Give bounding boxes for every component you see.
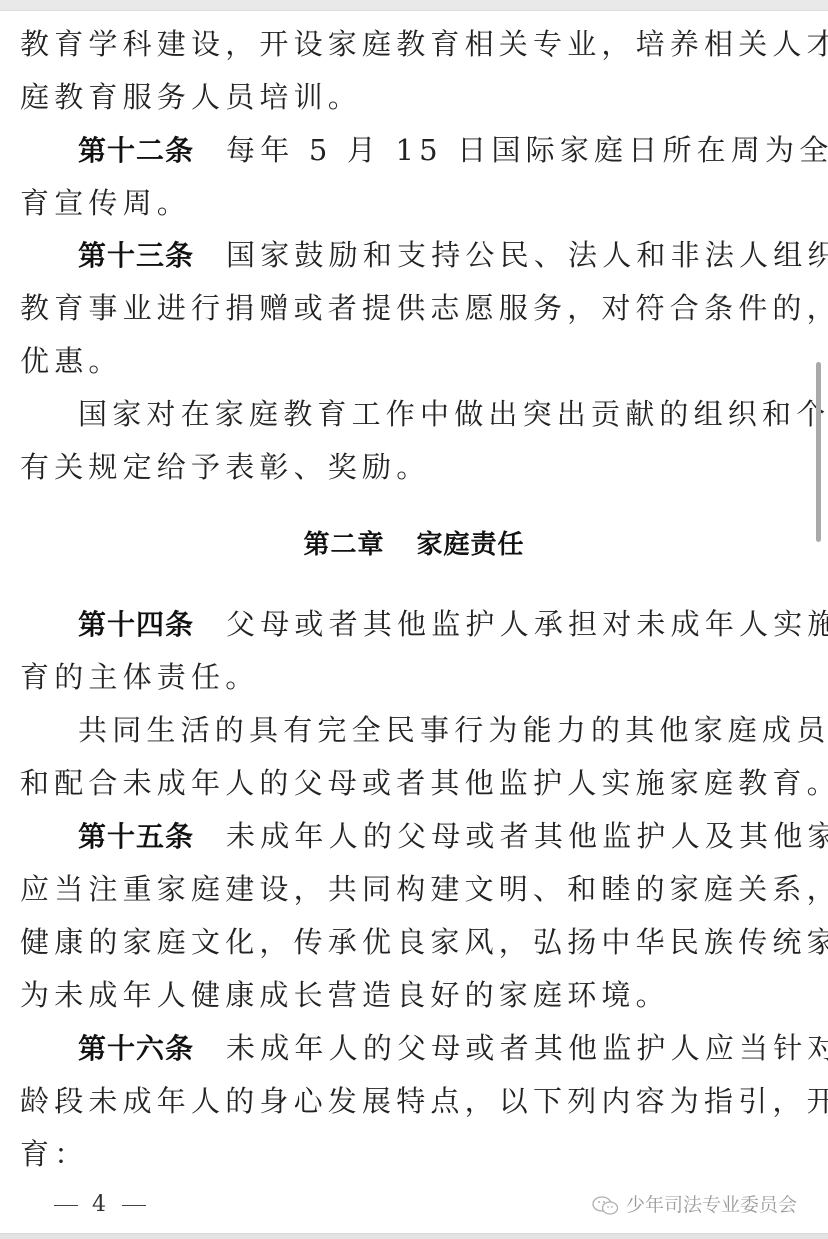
text-line: 教育学科建设，开设家庭教育相关专业，培养相关人才，开展家 [20, 24, 820, 64]
chapter-heading: 第二章家庭责任 [0, 525, 828, 565]
text-line: 育： [20, 1134, 820, 1174]
wechat-icon [592, 1194, 626, 1216]
article-text: 未成年人的父母或者其他监护人应当针对不同年 [226, 1031, 828, 1065]
page-number-value: 4 [92, 1192, 108, 1217]
text-line: 龄段未成年人的身心发展特点，以下列内容为指引，开展家庭教 [20, 1081, 820, 1121]
article-number: 第十五条 [78, 820, 194, 853]
article-line: 第十三条国家鼓励和支持公民、法人和非法人组织为家庭 [78, 235, 828, 275]
text-line: 庭教育服务人员培训。 [20, 77, 820, 117]
top-band [0, 0, 828, 11]
article-number: 第十六条 [78, 1032, 194, 1065]
text-line: 育的主体责任。 [20, 657, 820, 697]
article-text: 父母或者其他监护人承担对未成年人实施家庭教 [226, 607, 828, 641]
article-number: 第十三条 [78, 239, 194, 272]
page-number: 4 [40, 1190, 160, 1220]
text-line: 优惠。 [20, 341, 820, 381]
bottom-band [0, 1233, 828, 1239]
article-number: 第十四条 [78, 608, 194, 641]
article-text: 国家鼓励和支持公民、法人和非法人组织为家庭 [226, 238, 828, 272]
watermark-text: 少年司法专业委员会 [626, 1194, 797, 1216]
article-line: 第十四条父母或者其他监护人承担对未成年人实施家庭教 [78, 604, 828, 644]
article-text: 每年 5 月 15 日国际家庭日所在周为全国家庭教 [226, 133, 828, 167]
scrollbar[interactable] [816, 362, 821, 542]
dash-right [122, 1205, 146, 1206]
text-line: 为未成年人健康成长营造良好的家庭环境。 [20, 975, 820, 1015]
article-line: 第十五条未成年人的父母或者其他监护人及其他家庭成员 [78, 816, 828, 856]
dash-left [54, 1205, 78, 1206]
text-line: 应当注重家庭建设，共同构建文明、和睦的家庭关系，培育积极 [20, 869, 820, 909]
article-line: 第十二条每年 5 月 15 日国际家庭日所在周为全国家庭教 [78, 130, 828, 170]
text-line: 共同生活的具有完全民事行为能力的其他家庭成员应当协助 [78, 710, 828, 750]
text-line: 教育事业进行捐赠或者提供志愿服务，对符合条件的，给予税收 [20, 288, 820, 328]
watermark: 少年司法专业委员会 [592, 1190, 797, 1220]
article-text: 未成年人的父母或者其他监护人及其他家庭成员 [226, 819, 828, 853]
article-line: 第十六条未成年人的父母或者其他监护人应当针对不同年 [78, 1028, 828, 1068]
chapter-title: 家庭责任 [417, 530, 525, 560]
text-line: 育宣传周。 [20, 183, 820, 223]
text-line: 国家对在家庭教育工作中做出突出贡献的组织和个人，按照 [78, 394, 828, 434]
text-line: 和配合未成年人的父母或者其他监护人实施家庭教育。 [20, 763, 820, 803]
text-line: 健康的家庭文化，传承优良家风，弘扬中华民族传统家庭美德， [20, 922, 820, 962]
chapter-number: 第二章 [303, 530, 384, 560]
text-line: 有关规定给予表彰、奖励。 [20, 447, 820, 487]
article-number: 第十二条 [78, 134, 194, 167]
